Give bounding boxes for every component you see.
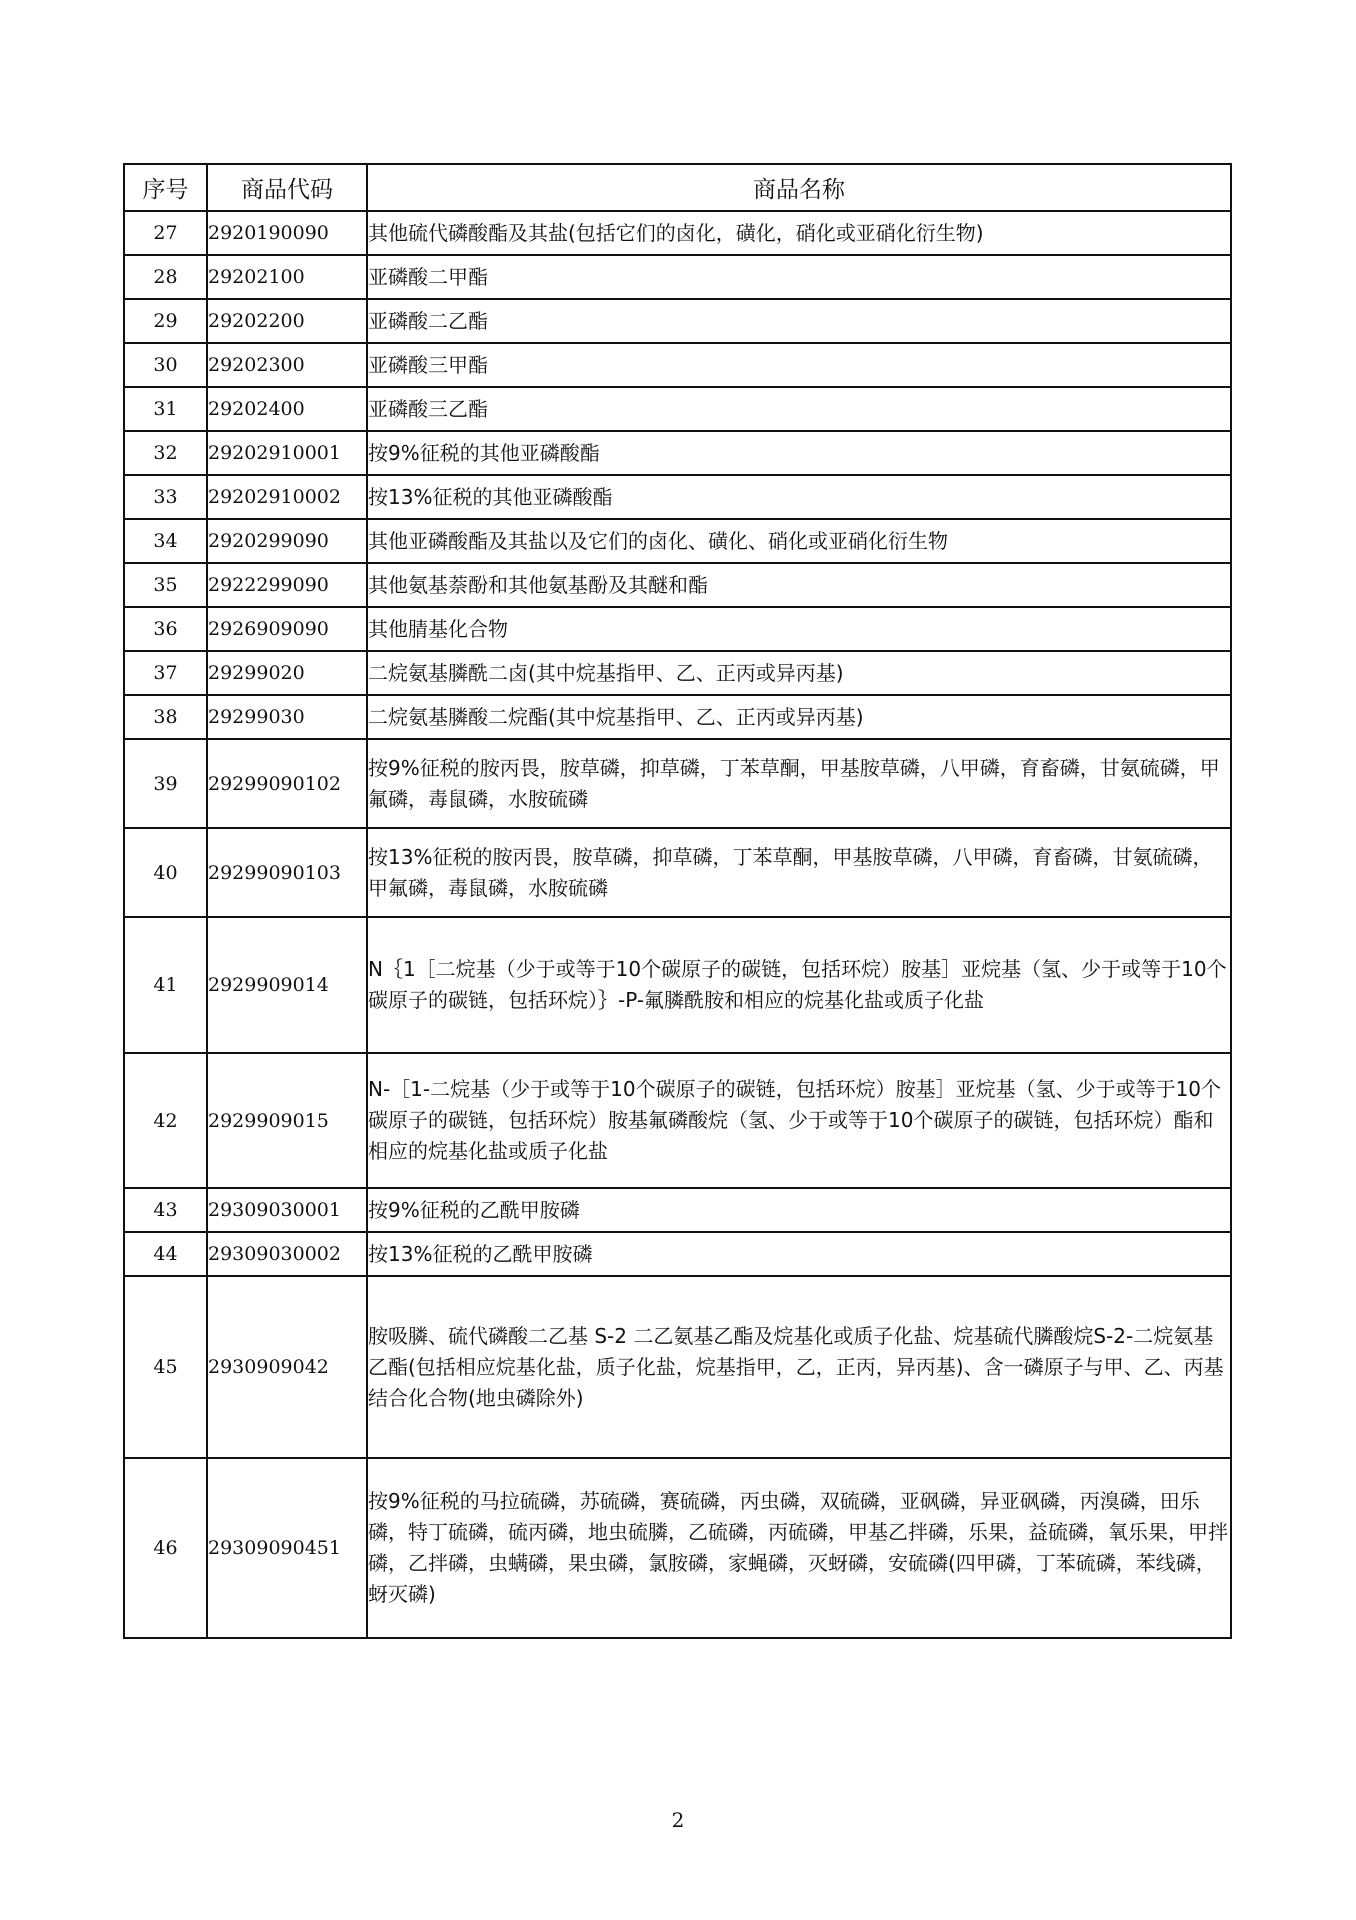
row-name: 其他氨基萘酚和其他氨基酚及其醚和酯 (367, 563, 1231, 607)
table-row: 31 29202400 亚磷酸三乙酯 (124, 387, 1231, 431)
header-seq: 序号 (124, 164, 207, 211)
row-name: 按13%征税的胺丙畏，胺草磷，抑草磷，丁苯草酮，甲基胺草磷，八甲磷，育畜磷，甘氨… (367, 828, 1231, 917)
row-seq: 29 (124, 299, 207, 343)
row-seq: 41 (124, 917, 207, 1053)
row-seq: 40 (124, 828, 207, 917)
row-code: 29309030002 (207, 1232, 367, 1276)
row-code: 29202100 (207, 255, 367, 299)
row-name: 二烷氨基膦酸二烷酯(其中烷基指甲、乙、正丙或异丙基) (367, 695, 1231, 739)
row-code: 2920299090 (207, 519, 367, 563)
table-row: 32 29202910001 按9%征税的其他亚磷酸酯 (124, 431, 1231, 475)
row-code: 29299030 (207, 695, 367, 739)
row-seq: 36 (124, 607, 207, 651)
row-name: N｛1［二烷基（少于或等于10个碳原子的碳链，包括环烷）胺基］亚烷基（氢、少于或… (367, 917, 1231, 1053)
row-name-text: 按13%征税的胺丙畏，胺草磷，抑草磷，丁苯草酮，甲基胺草磷，八甲磷，育畜磷，甘氨… (368, 842, 1230, 904)
row-seq: 45 (124, 1276, 207, 1458)
row-seq: 34 (124, 519, 207, 563)
table-row: 44 29309030002 按13%征税的乙酰甲胺磷 (124, 1232, 1231, 1276)
row-name-text: 按13%征税的其他亚磷酸酯 (368, 482, 1230, 513)
row-seq: 28 (124, 255, 207, 299)
row-code: 2922299090 (207, 563, 367, 607)
row-name-text: 其他腈基化合物 (368, 614, 1230, 645)
table-row: 46 29309090451 按9%征税的马拉硫磷，苏硫磷，赛硫磷，丙虫磷，双硫… (124, 1458, 1231, 1638)
row-name-text: 按9%征税的其他亚磷酸酯 (368, 438, 1230, 469)
row-name: 按13%征税的其他亚磷酸酯 (367, 475, 1231, 519)
row-code: 2930909042 (207, 1276, 367, 1458)
row-code: 29202300 (207, 343, 367, 387)
row-seq: 39 (124, 739, 207, 828)
row-seq: 35 (124, 563, 207, 607)
row-name: 胺吸膦、硫代磷酸二乙基 S-2 二乙氨基乙酯及烷基化或质子化盐、烷基硫代膦酸烷S… (367, 1276, 1231, 1458)
row-name-text: 其他亚磷酸酯及其盐以及它们的卤化、磺化、硝化或亚硝化衍生物 (368, 526, 1230, 557)
table-row: 30 29202300 亚磷酸三甲酯 (124, 343, 1231, 387)
row-seq: 37 (124, 651, 207, 695)
row-seq: 43 (124, 1188, 207, 1232)
table-row: 28 29202100 亚磷酸二甲酯 (124, 255, 1231, 299)
table-row: 37 29299020 二烷氨基膦酰二卤(其中烷基指甲、乙、正丙或异丙基) (124, 651, 1231, 695)
row-code: 29309090451 (207, 1458, 367, 1638)
table-row: 40 29299090103 按13%征税的胺丙畏，胺草磷，抑草磷，丁苯草酮，甲… (124, 828, 1231, 917)
row-name: 按9%征税的乙酰甲胺磷 (367, 1188, 1231, 1232)
row-name: 按9%征税的马拉硫磷，苏硫磷，赛硫磷，丙虫磷，双硫磷，亚砜磷，异亚砜磷，丙溴磷，… (367, 1458, 1231, 1638)
row-name-text: 其他氨基萘酚和其他氨基酚及其醚和酯 (368, 570, 1230, 601)
table-row: 45 2930909042 胺吸膦、硫代磷酸二乙基 S-2 二乙氨基乙酯及烷基化… (124, 1276, 1231, 1458)
header-name: 商品名称 (367, 164, 1231, 211)
row-seq: 27 (124, 211, 207, 255)
table-row: 33 29202910002 按13%征税的其他亚磷酸酯 (124, 475, 1231, 519)
row-code: 29202200 (207, 299, 367, 343)
table-row: 41 2929909014 N｛1［二烷基（少于或等于10个碳原子的碳链，包括环… (124, 917, 1231, 1053)
row-seq: 30 (124, 343, 207, 387)
row-seq: 33 (124, 475, 207, 519)
table-header-row: 序号 商品代码 商品名称 (124, 164, 1231, 211)
row-name-text: 胺吸膦、硫代磷酸二乙基 S-2 二乙氨基乙酯及烷基化或质子化盐、烷基硫代膦酸烷S… (368, 1321, 1230, 1414)
row-name-text: 按9%征税的乙酰甲胺磷 (368, 1195, 1230, 1226)
row-seq: 31 (124, 387, 207, 431)
row-name: 其他亚磷酸酯及其盐以及它们的卤化、磺化、硝化或亚硝化衍生物 (367, 519, 1231, 563)
row-code: 2929909015 (207, 1053, 367, 1188)
row-name: 亚磷酸三甲酯 (367, 343, 1231, 387)
row-name-text: 亚磷酸三甲酯 (368, 350, 1230, 381)
row-seq: 38 (124, 695, 207, 739)
row-name-text: 按9%征税的胺丙畏，胺草磷，抑草磷，丁苯草酮，甲基胺草磷，八甲磷，育畜磷，甘氨硫… (368, 753, 1230, 815)
table-row: 35 2922299090 其他氨基萘酚和其他氨基酚及其醚和酯 (124, 563, 1231, 607)
table-row: 36 2926909090 其他腈基化合物 (124, 607, 1231, 651)
row-name: 亚磷酸三乙酯 (367, 387, 1231, 431)
row-name-text: 亚磷酸二甲酯 (368, 262, 1230, 293)
row-name-text: 按13%征税的乙酰甲胺磷 (368, 1239, 1230, 1270)
row-name-text: 二烷氨基膦酰二卤(其中烷基指甲、乙、正丙或异丙基) (368, 658, 1230, 689)
row-code: 2929909014 (207, 917, 367, 1053)
table-row: 38 29299030 二烷氨基膦酸二烷酯(其中烷基指甲、乙、正丙或异丙基) (124, 695, 1231, 739)
row-code: 29202910002 (207, 475, 367, 519)
row-code: 29309030001 (207, 1188, 367, 1232)
table-row: 29 29202200 亚磷酸二乙酯 (124, 299, 1231, 343)
commodity-table: 序号 商品代码 商品名称 27 2920190090 其他硫代磷酸酯及其盐(包括… (123, 163, 1232, 1639)
row-name: 其他腈基化合物 (367, 607, 1231, 651)
table-row: 27 2920190090 其他硫代磷酸酯及其盐(包括它们的卤化，磺化，硝化或亚… (124, 211, 1231, 255)
row-name: 亚磷酸二乙酯 (367, 299, 1231, 343)
row-seq: 32 (124, 431, 207, 475)
row-code: 29299090103 (207, 828, 367, 917)
header-code: 商品代码 (207, 164, 367, 211)
row-name: 按9%征税的其他亚磷酸酯 (367, 431, 1231, 475)
row-name-text: 亚磷酸三乙酯 (368, 394, 1230, 425)
row-code: 2920190090 (207, 211, 367, 255)
table-row: 43 29309030001 按9%征税的乙酰甲胺磷 (124, 1188, 1231, 1232)
table-row: 42 2929909015 N-［1-二烷基（少于或等于10个碳原子的碳链，包括… (124, 1053, 1231, 1188)
row-name: 按9%征税的胺丙畏，胺草磷，抑草磷，丁苯草酮，甲基胺草磷，八甲磷，育畜磷，甘氨硫… (367, 739, 1231, 828)
row-name-text: N-［1-二烷基（少于或等于10个碳原子的碳链，包括环烷）胺基］亚烷基（氢、少于… (368, 1074, 1230, 1167)
row-seq: 42 (124, 1053, 207, 1188)
row-name-text: 其他硫代磷酸酯及其盐(包括它们的卤化，磺化，硝化或亚硝化衍生物) (368, 218, 1230, 249)
document-page: 序号 商品代码 商品名称 27 2920190090 其他硫代磷酸酯及其盐(包括… (0, 0, 1356, 1920)
row-name-text: N｛1［二烷基（少于或等于10个碳原子的碳链，包括环烷）胺基］亚烷基（氢、少于或… (368, 954, 1230, 1016)
row-code: 29202910001 (207, 431, 367, 475)
row-seq: 46 (124, 1458, 207, 1638)
row-name-text: 按9%征税的马拉硫磷，苏硫磷，赛硫磷，丙虫磷，双硫磷，亚砜磷，异亚砜磷，丙溴磷，… (368, 1486, 1230, 1610)
row-name: 按13%征税的乙酰甲胺磷 (367, 1232, 1231, 1276)
row-name: 二烷氨基膦酰二卤(其中烷基指甲、乙、正丙或异丙基) (367, 651, 1231, 695)
row-name: N-［1-二烷基（少于或等于10个碳原子的碳链，包括环烷）胺基］亚烷基（氢、少于… (367, 1053, 1231, 1188)
row-code: 29299090102 (207, 739, 367, 828)
row-name: 其他硫代磷酸酯及其盐(包括它们的卤化，磺化，硝化或亚硝化衍生物) (367, 211, 1231, 255)
page-number: 2 (668, 1808, 688, 1832)
row-code: 29299020 (207, 651, 367, 695)
row-seq: 44 (124, 1232, 207, 1276)
row-code: 29202400 (207, 387, 367, 431)
row-name-text: 二烷氨基膦酸二烷酯(其中烷基指甲、乙、正丙或异丙基) (368, 702, 1230, 733)
table-row: 34 2920299090 其他亚磷酸酯及其盐以及它们的卤化、磺化、硝化或亚硝化… (124, 519, 1231, 563)
row-name: 亚磷酸二甲酯 (367, 255, 1231, 299)
row-code: 2926909090 (207, 607, 367, 651)
table-row: 39 29299090102 按9%征税的胺丙畏，胺草磷，抑草磷，丁苯草酮，甲基… (124, 739, 1231, 828)
row-name-text: 亚磷酸二乙酯 (368, 306, 1230, 337)
